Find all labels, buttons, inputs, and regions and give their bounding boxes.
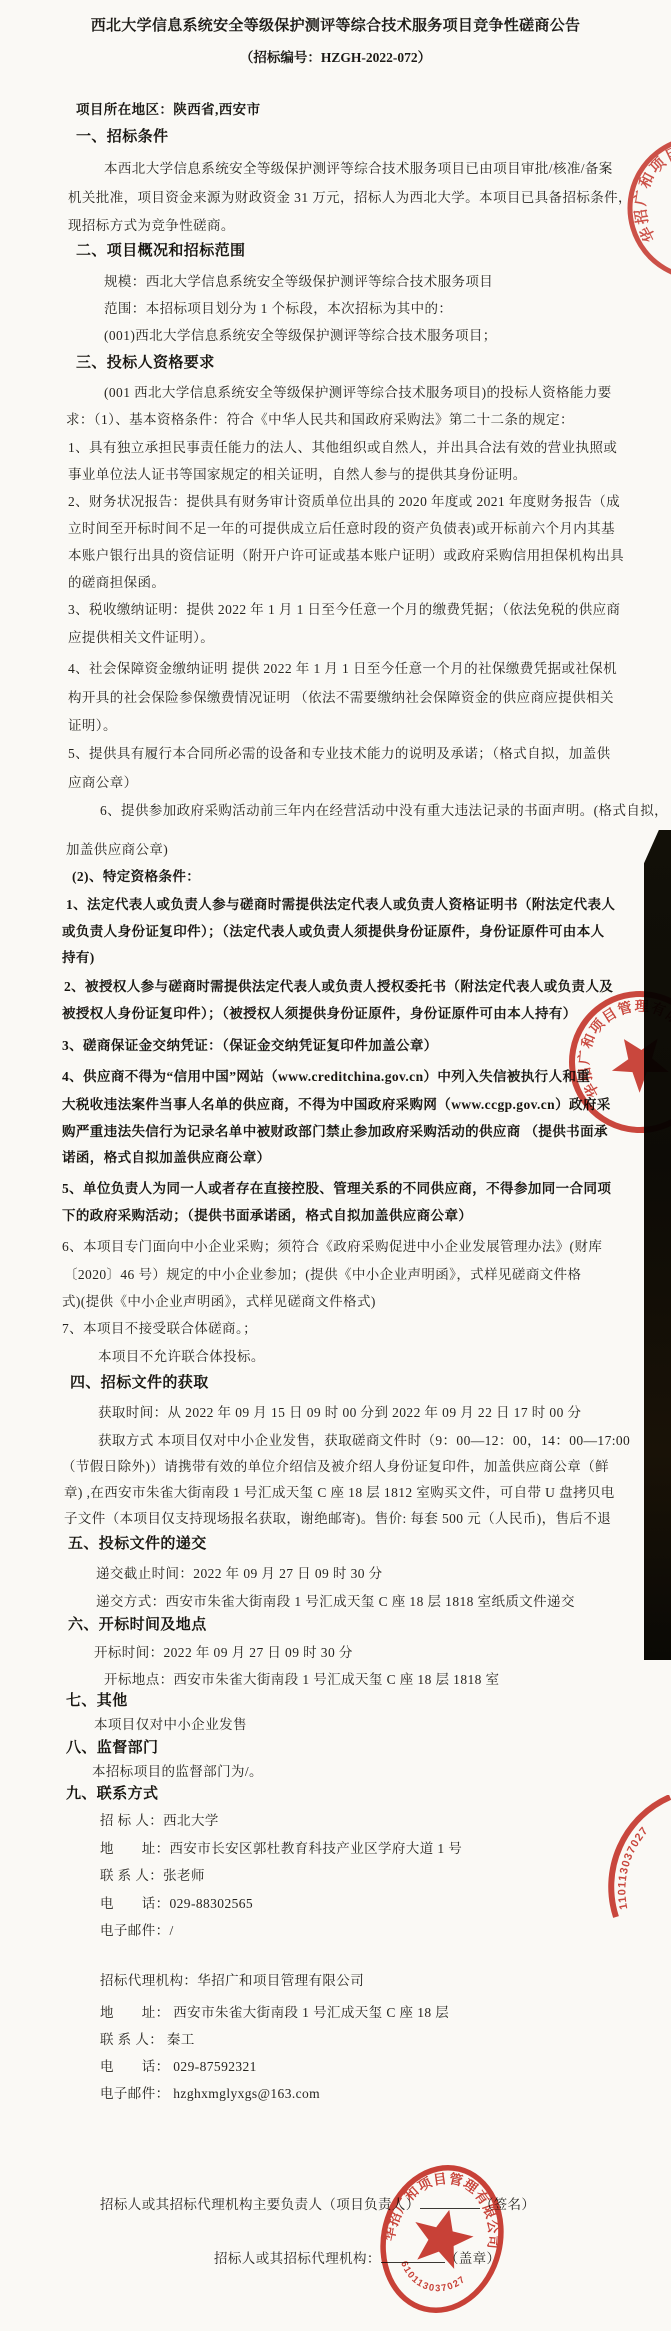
text-line: 本项目不允许联合体投标。 [98, 1348, 265, 1365]
text-line: 获取时间：从 2022 年 09 月 15 日 09 时 00 分到 2022 … [98, 1404, 581, 1421]
text-line: (2)、特定资格条件： [72, 868, 200, 885]
text-line: 1、法定代表人或负责人参与磋商时需提供法定代表人或负责人资格证明书（附法定代表人 [66, 896, 615, 913]
text-line: 电子邮件： hzghxmglyxgs@163.com [100, 2085, 320, 2102]
text-line: 构开具的社会保险参保缴费情况证明 （依法不需要缴纳社会保障资金的供应商应提供相关 [68, 689, 614, 706]
signature-blank [381, 2250, 445, 2263]
signature-line-responsible: 招标人或其招标代理机构主要负责人（项目负责人）（签名） [100, 2193, 535, 2213]
text-line: 章) ,在西安市朱雀大街南段 1 号汇成天玺 C 座 18 层 1812 室购买… [64, 1484, 615, 1501]
text-line: (001)西北大学信息系统安全等级保护测评等综合技术服务项目； [104, 327, 497, 344]
text-line: 6、本项目专门面向中小企业采购；须符合《政府采购促进中小企业发展管理办法》(财库 [62, 1238, 602, 1255]
signature-label: 招标人或其招标代理机构主要负责人（项目负责人） [100, 2197, 420, 2212]
text-line: 被授权人身份证复印件）；（被授权人须提供身份证原件，身份证原件可由本人持有） [62, 1005, 577, 1022]
text-line: 1、具有独立承担民事责任能力的法人、其他组织或自然人，并出具合法有效的营业执照或 [68, 439, 617, 456]
partial-stamp-top-right-icon: 华招广和项目管理有限公司 [608, 120, 671, 295]
text-line: (001 西北大学信息系统安全等级保护测评等综合技术服务项目)的投标人资格能力要 [104, 384, 612, 401]
document-subtitle: （招标编号：HZGH-2022-072） [0, 46, 671, 66]
text-line: 购严重违法失信行为记录名单中被财政部门禁止参加政府采购活动的供应商 （提供书面承 [62, 1123, 608, 1140]
text-line: 联 系 人： 秦工 [100, 2031, 195, 2048]
text-line: 范围：本招标项目划分为 1 个标段，本次招标为其中的： [104, 300, 452, 317]
partial-stamp-code-arc-icon: 110113037027 [598, 1795, 671, 1920]
svg-text:110113037027: 110113037027 [616, 1825, 651, 1911]
text-line: 递交截止时间：2022 年 09 月 27 日 09 时 30 分 [96, 1565, 383, 1582]
text-line: 九、联系方式 [66, 1786, 158, 1803]
text-line: 开标时间：2022 年 09 月 27 日 09 时 30 分 [94, 1644, 353, 1661]
text-line: 4、供应商不得为“信用中国”网站（www.creditchina.gov.cn）… [62, 1068, 590, 1085]
signature-suffix: （签名） [480, 2197, 536, 2212]
text-line: 联 系 人：张老师 [100, 1867, 205, 1884]
text-line: 5、提供具有履行本合同所必需的设备和专业技术能力的说明及承诺；（格式自拟，加盖供 [68, 745, 611, 762]
text-line: 获取方式 本项目仅对中小企业发售，获取磋商文件时（9：00—12：00，14：0… [98, 1432, 630, 1449]
signature-suffix: （盖章） [445, 2251, 501, 2266]
company-seal-icon: 华招广和项目管理有限公司 610113037027 [372, 2158, 512, 2323]
text-line: 招 标 人：西北大学 [100, 1812, 219, 1829]
text-line: 下的政府采购活动；（提供书面承诺函，格式自拟加盖供应商公章） [62, 1207, 472, 1224]
svg-text:华招广和项目管理有限公司: 华招广和项目管理有限公司 [608, 120, 671, 253]
text-line: 诺函，格式自拟加盖供应商公章） [62, 1149, 271, 1166]
text-line: 本招标项目的监督部门为/。 [92, 1763, 263, 1780]
scanned-document-page: 西北大学信息系统安全等级保护测评等综合技术服务项目竞争性磋商公告 （招标编号：H… [0, 0, 671, 2331]
text-line: 2、被授权人参与磋商时需提供法定代表人或负责人授权委托书（附法定代表人或负责人及 [64, 978, 613, 995]
scan-edge-artifact [644, 830, 671, 1660]
document-title: 西北大学信息系统安全等级保护测评等综合技术服务项目竞争性磋商公告 [0, 14, 671, 35]
text-line: 立时间至开标时间不足一年的可提供成立后任意时段的资产负债表)或开标前六个月内其基 [68, 520, 615, 537]
text-line: 三、投标人资格要求 [76, 355, 215, 372]
text-line: 6、提供参加政府采购活动前三年内在经营活动中没有重大违法记录的书面声明。(格式自… [100, 802, 668, 819]
text-line: 事业单位法人证书等国家规定的相关证明，自然人参与的提供其身份证明。 [68, 466, 527, 483]
text-line: 本项目仅对中小企业发售 [94, 1716, 247, 1733]
text-line: 规模：西北大学信息系统安全等级保护测评等综合技术服务项目 [104, 273, 493, 290]
text-line: 〔2020〕46 号）规定的中小企业参加；(提供《中小企业声明函》，式样见磋商文… [64, 1266, 581, 1283]
text-line: 地 址：西安市长安区郭杜教育科技产业区学府大道 1 号 [100, 1840, 462, 1857]
text-line: 持有) [62, 949, 95, 966]
text-line: 本西北大学信息系统安全等级保护测评等综合技术服务项目已由项目审批/核准/备案 [104, 160, 613, 177]
text-line: 式)(提供《中小企业声明函》，式样见磋商文件格式) [62, 1293, 376, 1310]
text-line: 电子邮件：/ [100, 1922, 174, 1939]
text-line: 大税收违法案件当事人名单的供应商，不得为中国政府采购网（www.ccgp.gov… [62, 1096, 611, 1113]
text-line: 六、开标时间及地点 [68, 1617, 207, 1634]
text-line: 开标地点：西安市朱雀大街南段 1 号汇成天玺 C 座 18 层 1818 室 [104, 1671, 499, 1688]
text-line: 递交方式：西安市朱雀大街南段 1 号汇成天玺 C 座 18 层 1818 室纸质… [96, 1593, 575, 1610]
text-line: 一、招标条件 [76, 129, 168, 146]
text-line: 2、财务状况报告：提供具有财务审计资质单位出具的 2020 年度或 2021 年… [68, 493, 620, 510]
text-line: 应商公章） [68, 774, 138, 791]
text-line: 3、税收缴纳证明：提供 2022 年 1 月 1 日至今任意一个月的缴费凭据；（… [68, 601, 620, 618]
text-line: 七、其他 [66, 1693, 128, 1710]
text-line: 证明）。 [68, 717, 117, 734]
text-line: 项目所在地区：陕西省,西安市 [76, 101, 260, 118]
text-line: 应提供相关文件证明）。 [68, 629, 214, 646]
text-line: 7、本项目不接受联合体磋商。； [62, 1320, 257, 1337]
text-line: 4、社会保障资金缴纳证明 提供 2022 年 1 月 1 日至今任意一个月的社保… [68, 660, 617, 677]
text-line: 二、项目概况和招标范围 [76, 243, 245, 260]
text-line: 四、招标文件的获取 [70, 1375, 209, 1392]
signature-label: 招标人或其招标代理机构： [214, 2251, 381, 2266]
text-line: 本账户银行出具的资信证明（附开户许可证或基本账户证明）或政府采购信用担保机构出具 [68, 547, 624, 564]
text-line: 五、投标文件的递交 [68, 1536, 207, 1553]
text-line: 加盖供应商公章) [66, 841, 168, 858]
text-line: 现招标方式为竞争性磋商。 [68, 217, 235, 234]
text-line: 或负责人身份证复印件）；（法定代表人或负责人须提供身份证原件，身份证原件可由本人 [62, 923, 605, 940]
text-line: （节假日除外)）请携带有效的单位介绍信及被介绍人身份证复印件，加盖供应商公章（鲜 [62, 1458, 609, 1475]
text-line: 电 话：029-88302565 [100, 1895, 253, 1912]
text-line: 招标代理机构：华招广和项目管理有限公司 [100, 1972, 364, 1989]
signature-line-agency: 招标人或其招标代理机构：（盖章） [214, 2247, 500, 2267]
text-line: 3、磋商保证金交纳凭证：（保证金交纳凭证复印件加盖公章） [62, 1037, 438, 1054]
text-line: 求：（1）、基本资格条件：符合《中华人民共和国政府采购法》第二十二条的规定： [66, 411, 574, 428]
text-line: 5、单位负责人为同一人或者存在直接控股、管理关系的不同供应商，不得参加同一合同项 [62, 1180, 611, 1197]
text-line: 电 话： 029-87592321 [100, 2058, 257, 2075]
text-line: 地 址： 西安市朱雀大街南段 1 号汇成天玺 C 座 18 层 [100, 2004, 449, 2021]
text-line: 八、监督部门 [66, 1740, 158, 1757]
signature-blank [420, 2196, 480, 2209]
text-line: 的磋商担保函。 [68, 574, 165, 591]
text-line: 子文件（本项目仅支持现场报名获取，谢绝邮寄)。售价: 每套 500 元（人民币)… [64, 1510, 611, 1527]
text-line: 机关批准，项目资金来源为财政资金 31 万元，招标人为西北大学。本项目已具备招标… [68, 189, 632, 206]
